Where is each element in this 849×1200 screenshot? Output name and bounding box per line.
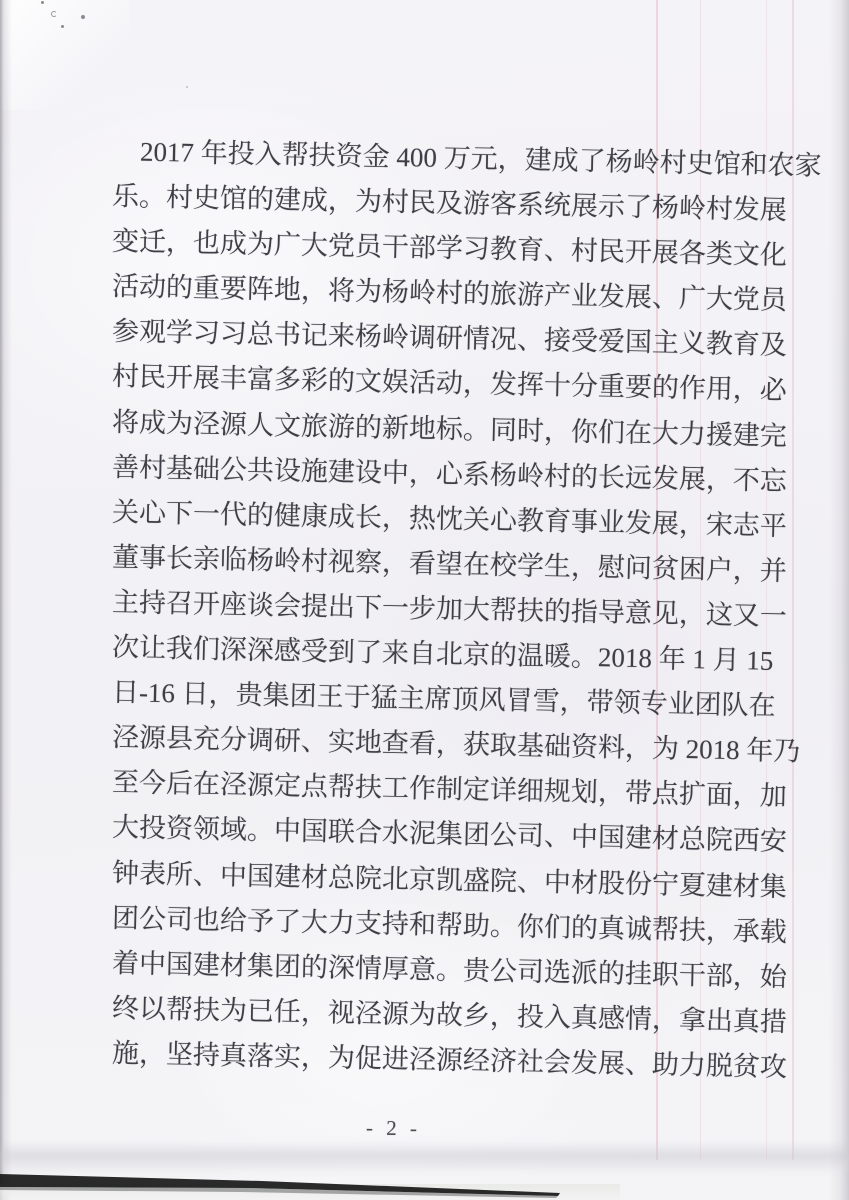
scan-edge-right — [829, 0, 849, 1200]
scan-speck — [81, 15, 85, 19]
page-number: - 2 - — [366, 1116, 421, 1142]
scan-page-edge-wedge — [0, 1168, 620, 1200]
scan-speck — [41, 1, 44, 4]
scan-speck — [186, 86, 188, 88]
scan-corner-highlight — [0, 0, 130, 110]
scanned-document-page: 2017 年投入帮扶资金 400 万元，建成了杨岭村史馆和农家 乐。村史馆的建成… — [0, 0, 849, 1200]
document-body-text: 2017 年投入帮扶资金 400 万元，建成了杨岭村史馆和农家 乐。村史馆的建成… — [112, 129, 742, 1076]
scan-speck — [51, 11, 57, 17]
scan-edge-left — [0, 0, 12, 1200]
scan-speck — [61, 25, 64, 28]
